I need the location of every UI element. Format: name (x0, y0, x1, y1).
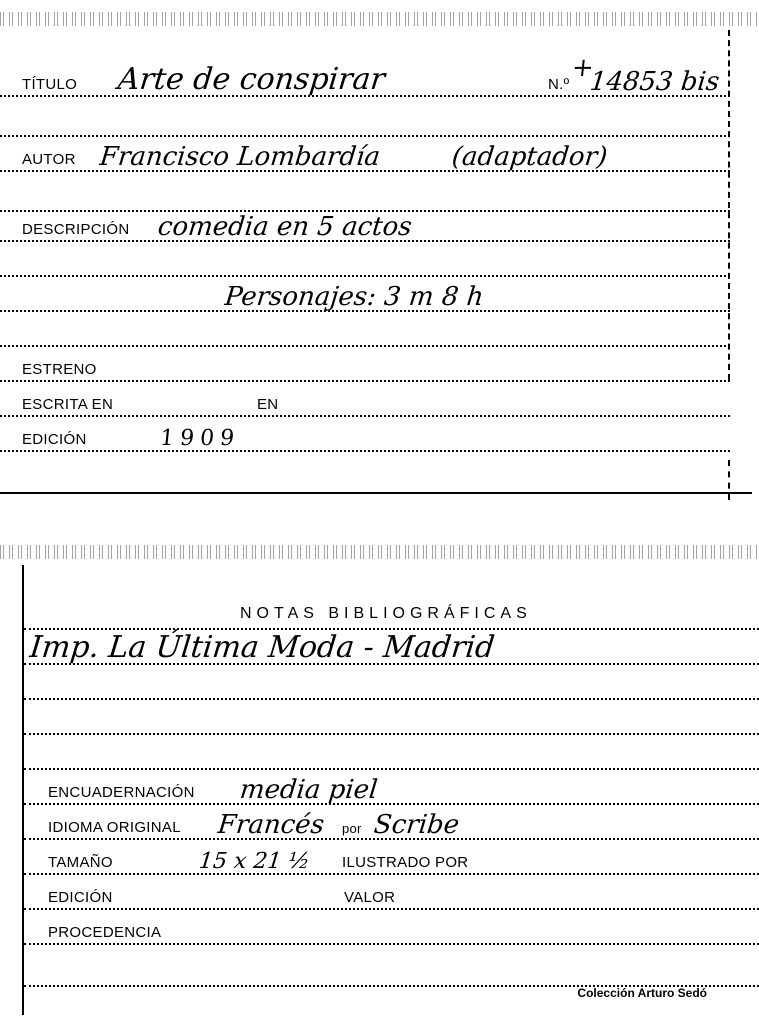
value-numero: 14853 bis (589, 69, 721, 95)
row-estreno: Estreno (0, 345, 730, 382)
value-autor-note: (adaptador) (451, 144, 609, 170)
row-spacer (24, 943, 759, 987)
collection-credit: Colección Arturo Sedó (577, 986, 707, 1000)
label-titulo: Título (22, 76, 77, 93)
label-ilustrado: Ilustrado por (342, 854, 468, 871)
row-edicion-2: Edición Valor (24, 873, 759, 910)
row-spacer (0, 240, 730, 277)
label-procedencia: Procedencia (48, 924, 161, 941)
row-nota-1: Imp. La Última Moda - Madrid (24, 628, 759, 665)
row-spacer (0, 170, 730, 212)
catalog-card-back: NOTAS BIBLIOGRÁFICAS Imp. La Última Moda… (0, 565, 759, 1028)
row-descripcion: Descripción comedia en 5 actos (0, 210, 730, 242)
row-tamano: Tamaño 15 x 21 ½ Ilustrado por (24, 838, 759, 875)
row-encuadernacion: Encuadernación media piel (24, 768, 759, 805)
row-spacer (24, 733, 759, 770)
card-edge (728, 460, 730, 500)
label-por: por (342, 821, 362, 836)
row-personajes: Personajes: 3 m 8 h (0, 275, 730, 312)
row-notas-header (24, 593, 759, 630)
label-numero: N.º (548, 76, 569, 93)
scan-noise-middle (0, 545, 759, 559)
row-spacer (0, 95, 730, 137)
row-escrita-en: Escrita en En (0, 380, 730, 417)
scan-noise-top (0, 12, 759, 26)
label-estreno: Estreno (22, 361, 97, 378)
row-spacer (24, 663, 759, 700)
value-descripcion: comedia en 5 actos (157, 214, 413, 240)
row-spacer (24, 698, 759, 735)
label-edicion: Edición (22, 431, 87, 448)
row-edicion: Edición 1909 (0, 415, 730, 452)
value-edicion: 1909 (159, 428, 241, 450)
value-tamano: 15 x 21 ½ (198, 851, 311, 873)
label-autor: Autor (22, 151, 76, 168)
label-idioma: Idioma original (48, 819, 181, 836)
value-personajes: Personajes: 3 m 8 h (224, 284, 485, 310)
row-titulo: Título Arte de conspirar N.º + 14853 bis (0, 60, 730, 97)
value-idioma: Francés (217, 812, 326, 838)
row-spacer (0, 310, 730, 347)
label-edicion-2: Edición (48, 889, 113, 906)
row-autor: Autor Francisco Lombardía (adaptador) (0, 135, 730, 172)
value-encuadernacion: media piel (239, 777, 379, 803)
value-nota-1: Imp. La Última Moda - Madrid (28, 633, 495, 663)
value-por: Scribe (373, 812, 461, 838)
value-titulo: Arte de conspirar (116, 65, 386, 95)
label-descripcion: Descripción (22, 221, 129, 238)
catalog-card-front: Título Arte de conspirar N.º + 14853 bis… (0, 30, 752, 494)
label-valor: Valor (344, 889, 395, 906)
label-en: En (257, 396, 278, 413)
row-idioma: Idioma original Francés por Scribe (24, 803, 759, 840)
label-escrita-en: Escrita en (22, 396, 113, 413)
row-procedencia: Procedencia (24, 908, 759, 945)
value-autor: Francisco Lombardía (99, 144, 382, 170)
label-tamano: Tamaño (48, 854, 113, 871)
label-encuadernacion: Encuadernación (48, 784, 195, 801)
